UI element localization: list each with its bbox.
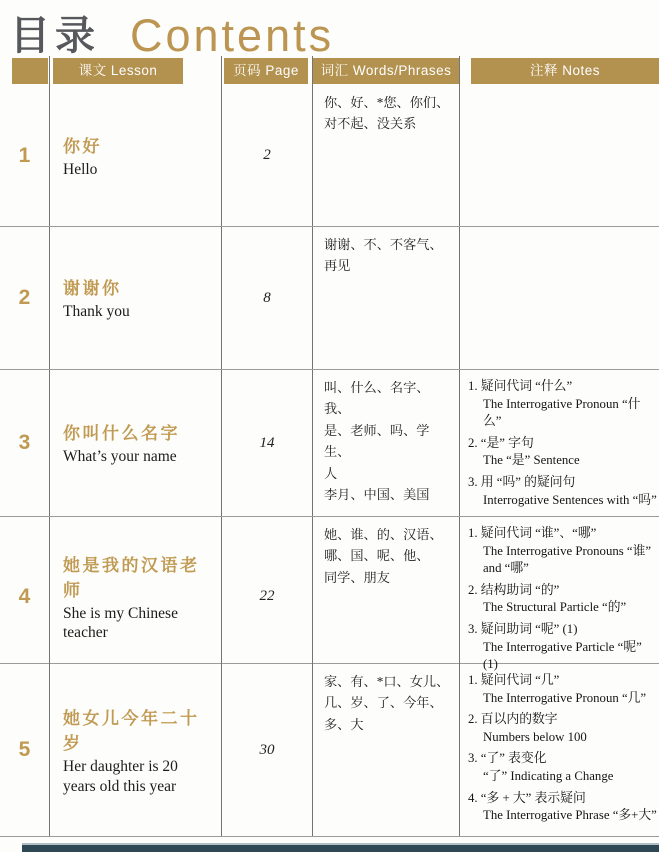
- notes-cell: 1. 疑问代词 “几” The Interrogative Pronoun “几…: [460, 664, 659, 836]
- note-text-zh: 1. 疑问代词 “几”: [468, 671, 657, 690]
- note-text-zh: 2. “是” 字句: [468, 434, 657, 453]
- lesson-title-zh: 她女儿今年二十岁: [63, 704, 213, 754]
- note-text-zh: 2. 百以内的数字: [468, 710, 657, 729]
- notes-cell: [460, 85, 659, 226]
- header-cell-notes: 注释 Notes: [460, 56, 659, 85]
- note-text-en: The Interrogative Pronoun “什么”: [468, 396, 657, 431]
- header-cell-lesson: 课文 Lesson: [50, 56, 222, 85]
- words-cell: 她、谁、的、汉语、 哪、国、呢、他、 同学、朋友: [313, 517, 460, 677]
- page-number-cell: 22: [222, 517, 313, 677]
- lesson-number: 1: [0, 85, 50, 226]
- lesson-number: 5: [0, 664, 50, 836]
- words-cell: 叫、什么、名字、我、 是、老师、吗、学生、 人 李月、中国、美国: [313, 370, 460, 516]
- page-number-cell: 30: [222, 664, 313, 836]
- note-item: 2. “是” 字句 The “是” Sentence: [468, 434, 657, 470]
- note-item: 4. “多 + 大” 表示疑问 The Interrogative Phrase…: [468, 789, 657, 825]
- note-text-zh: 3. 用 “吗” 的疑问句: [468, 473, 657, 492]
- lesson-number: 4: [0, 517, 50, 677]
- table-header-row: 课文 Lesson 页码 Page 词汇 Words/Phrases 注释 No…: [0, 56, 659, 85]
- page-number-cell: 8: [222, 227, 313, 369]
- lesson-cell: 你叫什么名字 What’s your name: [50, 370, 222, 516]
- note-text-zh: 1. 疑问代词 “什么”: [468, 377, 657, 396]
- note-text-en: The Structural Particle “的”: [468, 599, 657, 617]
- lesson-title-zh: 你好: [63, 132, 213, 157]
- lesson-title-zh: 她是我的汉语老师: [63, 551, 213, 601]
- note-text-en: The Interrogative Phrase “多+大”: [468, 807, 657, 825]
- page-number-cell: 14: [222, 370, 313, 516]
- table-row: 4 她是我的汉语老师 She is my Chinese teacher 22 …: [0, 517, 659, 664]
- header-cell-words: 词汇 Words/Phrases: [313, 56, 460, 85]
- header-label-notes: 注释 Notes: [471, 58, 659, 84]
- words-cell: 谢谢、不、不客气、 再见: [313, 227, 460, 369]
- note-text-zh: 2. 结构助词 “的”: [468, 581, 657, 600]
- lesson-title-en: Thank you: [63, 302, 213, 321]
- header-label-lesson: 课文 Lesson: [53, 58, 183, 84]
- notes-cell: [460, 227, 659, 369]
- lesson-cell: 你好 Hello: [50, 85, 222, 226]
- bottom-decorative-bar: [22, 843, 659, 852]
- note-item: 1. 疑问代词 “几” The Interrogative Pronoun “几…: [468, 671, 657, 707]
- lesson-title-en: Hello: [63, 160, 213, 179]
- lesson-cell: 谢谢你 Thank you: [50, 227, 222, 369]
- table-row: 3 你叫什么名字 What’s your name 14 叫、什么、名字、我、 …: [0, 370, 659, 517]
- table-row: 2 谢谢你 Thank you 8 谢谢、不、不客气、 再见: [0, 227, 659, 370]
- note-item: 1. 疑问代词 “谁”、“哪” The Interrogative Pronou…: [468, 524, 657, 578]
- note-text-en: The Interrogative Pronoun “几”: [468, 690, 657, 708]
- toc-page: 目录 Contents 课文 Lesson 页码 Page 词汇 Words/P…: [0, 0, 659, 852]
- header-cell-page: 页码 Page: [222, 56, 313, 85]
- note-text-en: Numbers below 100: [468, 729, 657, 747]
- lesson-title-en: Her daughter is 20 years old this year: [63, 757, 213, 796]
- lesson-title-zh: 你叫什么名字: [63, 419, 213, 444]
- table-row: 5 她女儿今年二十岁 Her daughter is 20 years old …: [0, 664, 659, 837]
- table-row: 1 你好 Hello 2 你、好、*您、你们、 对不起、没关系: [0, 85, 659, 227]
- toc-table-body: 1 你好 Hello 2 你、好、*您、你们、 对不起、没关系 2 谢谢你 Th…: [0, 85, 659, 837]
- page-title: 目录 Contents: [0, 0, 659, 56]
- page-title-en: Contents: [130, 15, 334, 56]
- note-item: 3. “了” 表变化 “了” Indicating a Change: [468, 749, 657, 785]
- note-item: 2. 结构助词 “的” The Structural Particle “的”: [468, 581, 657, 617]
- note-item: 3. 用 “吗” 的疑问句 Interrogative Sentences wi…: [468, 473, 657, 509]
- lesson-cell: 她女儿今年二十岁 Her daughter is 20 years old th…: [50, 664, 222, 836]
- lesson-title-zh: 谢谢你: [63, 274, 213, 299]
- lesson-number: 2: [0, 227, 50, 369]
- words-cell: 家、有、*口、女儿、 几、岁、了、今年、 多、大: [313, 664, 460, 836]
- lesson-title-en: What’s your name: [63, 447, 213, 466]
- note-item: 2. 百以内的数字 Numbers below 100: [468, 710, 657, 746]
- header-cell-number: [0, 56, 50, 85]
- note-text-zh: 1. 疑问代词 “谁”、“哪”: [468, 524, 657, 543]
- note-text-en: “了” Indicating a Change: [468, 768, 657, 786]
- lesson-number: 3: [0, 370, 50, 516]
- notes-cell: 1. 疑问代词 “什么” The Interrogative Pronoun “…: [460, 370, 659, 516]
- note-text-zh: 3. “了” 表变化: [468, 749, 657, 768]
- notes-cell: 1. 疑问代词 “谁”、“哪” The Interrogative Pronou…: [460, 517, 659, 677]
- header-block-number: [12, 58, 48, 84]
- note-text-zh: 3. 疑问助词 “呢” (1): [468, 620, 657, 639]
- lesson-cell: 她是我的汉语老师 She is my Chinese teacher: [50, 517, 222, 677]
- page-number-cell: 2: [222, 85, 313, 226]
- note-text-en: Interrogative Sentences with “吗”: [468, 492, 657, 510]
- header-label-page: 页码 Page: [224, 58, 308, 84]
- note-item: 1. 疑问代词 “什么” The Interrogative Pronoun “…: [468, 377, 657, 431]
- words-cell: 你、好、*您、你们、 对不起、没关系: [313, 85, 460, 226]
- header-label-words: 词汇 Words/Phrases: [313, 58, 459, 84]
- note-text-en: The Interrogative Pronouns “谁” and “哪”: [468, 543, 657, 578]
- page-title-zh: 目录: [10, 16, 100, 56]
- note-text-en: The “是” Sentence: [468, 452, 657, 470]
- note-text-zh: 4. “多 + 大” 表示疑问: [468, 789, 657, 808]
- lesson-title-en: She is my Chinese teacher: [63, 604, 213, 643]
